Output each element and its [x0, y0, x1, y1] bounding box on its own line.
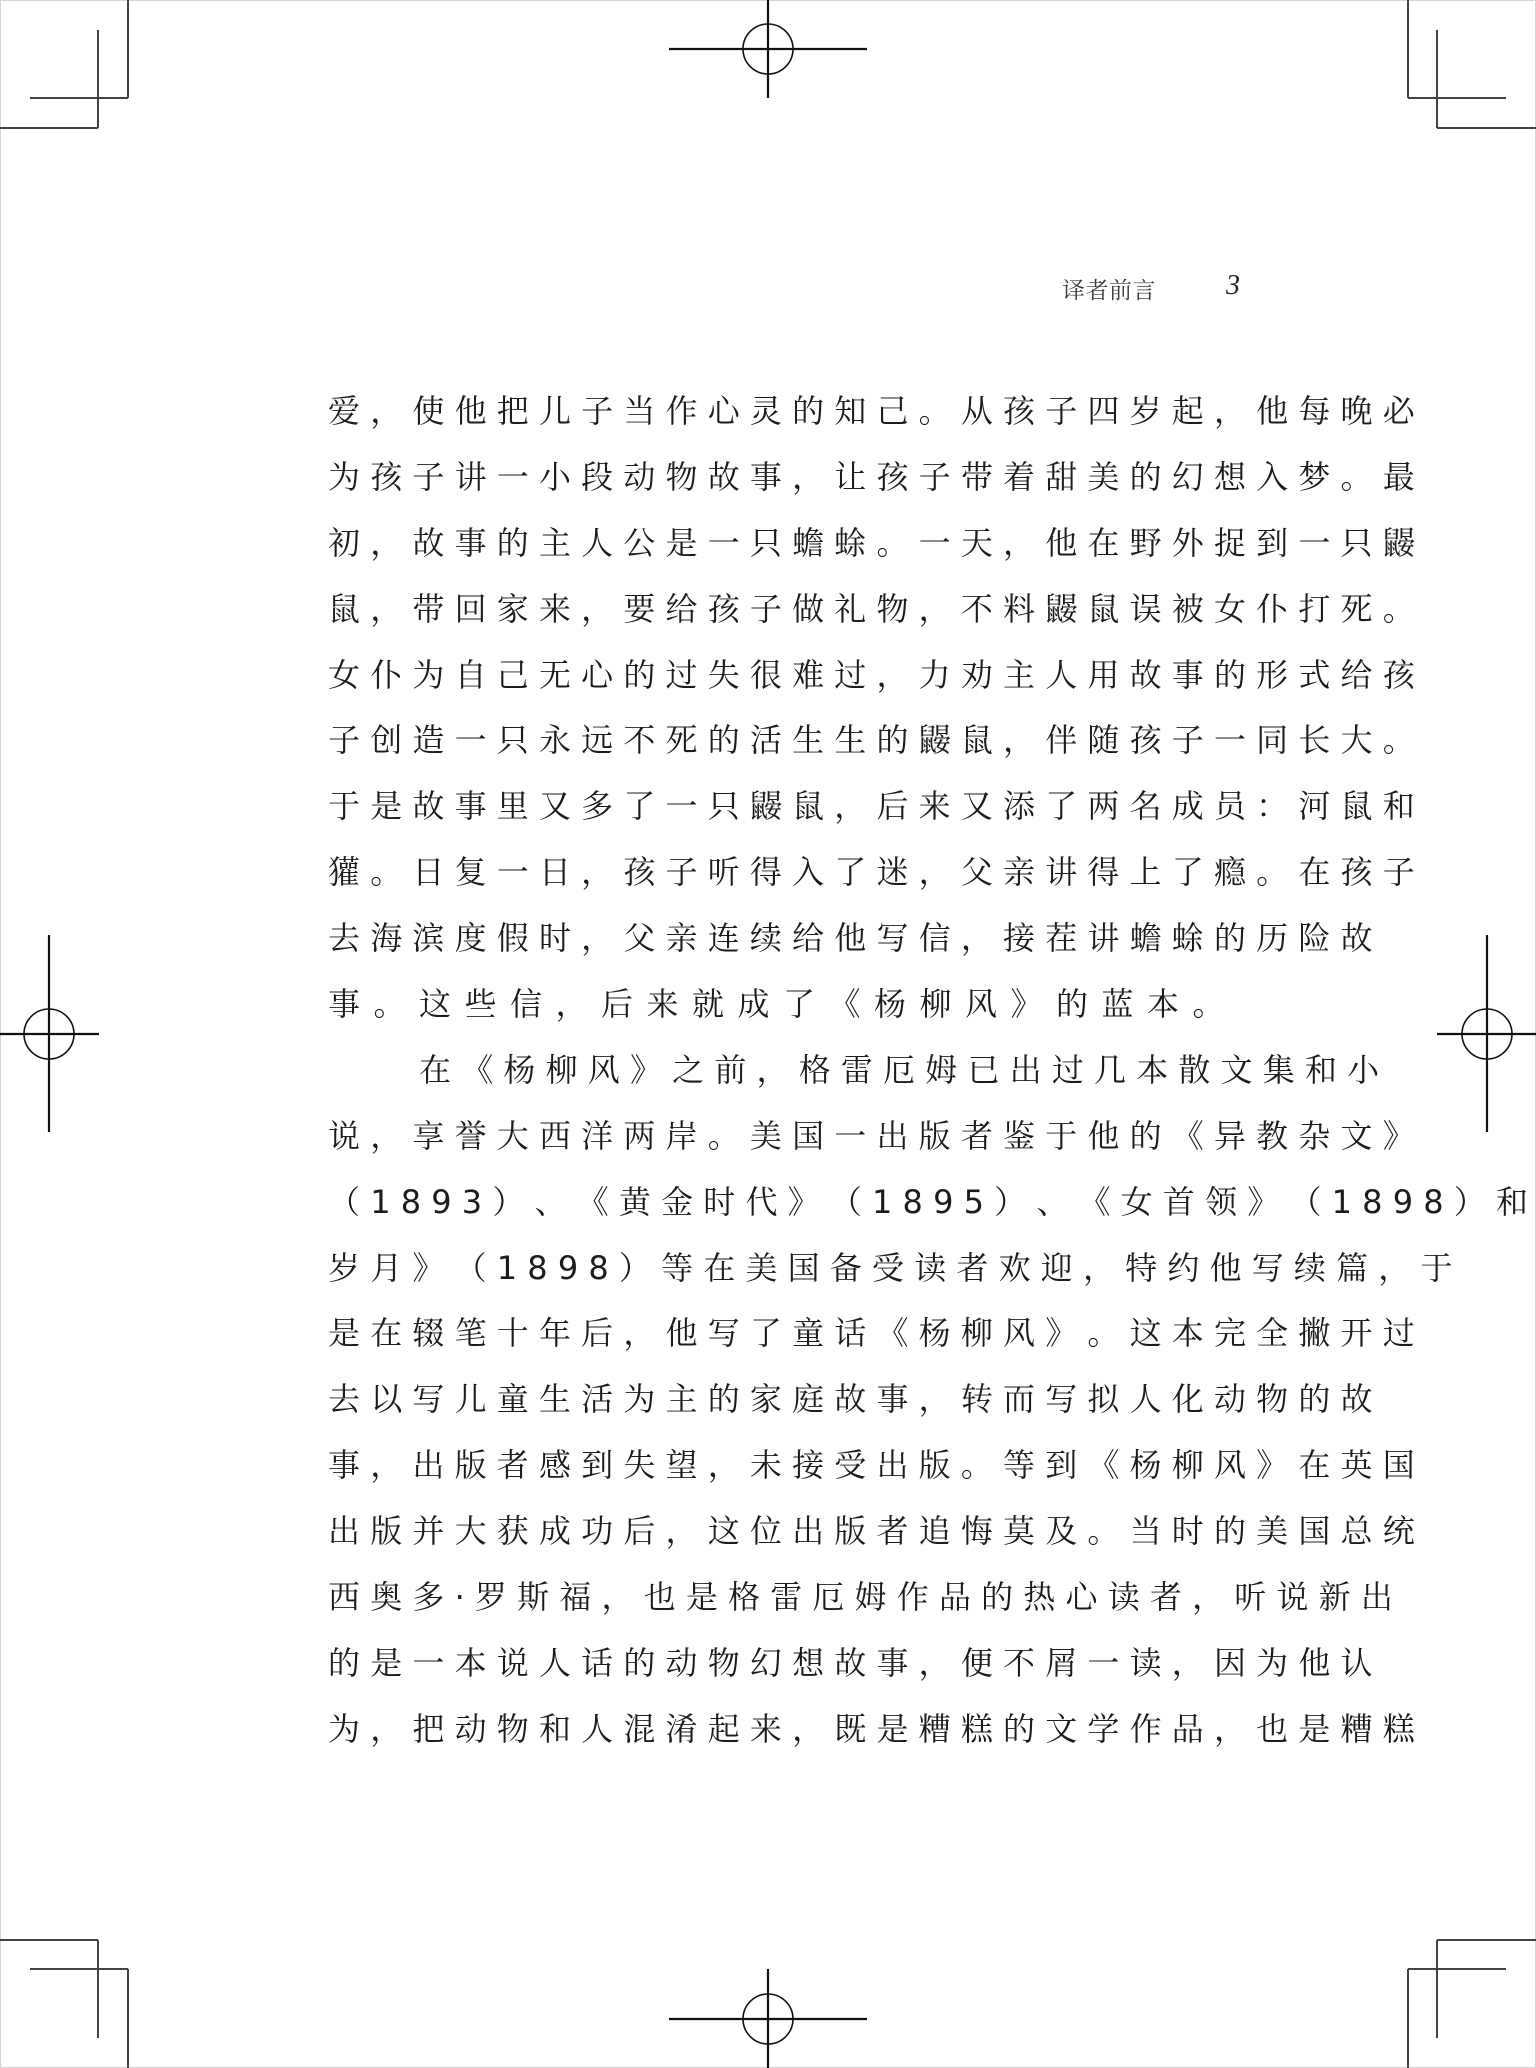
- body-text: 爱 ， 使 他 把 儿 子 当 作 心 灵 的 知 己 。 从 孩 子 四 岁 …: [328, 379, 1240, 1763]
- text-line: 出 版 并 大 获 成 功 后 ， 这 位 出 版 者 追 悔 莫 及 。 当 …: [328, 1499, 1240, 1565]
- text-line: 于 是 故 事 里 又 多 了 一 只 鼹 鼠 ， 后 来 又 添 了 两 名 …: [328, 774, 1240, 840]
- crop-mark-bottom-right: [1408, 1940, 1536, 2068]
- text-line: 西 奥 多 · 罗 斯 福 ， 也 是 格 雷 厄 姆 作 品 的 热 心 读 …: [328, 1565, 1240, 1631]
- text-line: 在 《 杨 柳 风 》 之 前 ， 格 雷 厄 姆 已 出 过 几 本 散 文 …: [328, 1038, 1240, 1104]
- registration-mark-right: [1437, 935, 1536, 1132]
- page-number: 3: [1226, 270, 1240, 302]
- text-line: 的 是 一 本 说 人 话 的 动 物 幻 想 故 事 ， 便 不 屑 一 读 …: [328, 1631, 1240, 1697]
- text-line: 说 ， 享 誉 大 西 洋 两 岸 。 美 国 一 出 版 者 鉴 于 他 的 …: [328, 1104, 1240, 1170]
- text-line: 爱 ， 使 他 把 儿 子 当 作 心 灵 的 知 己 。 从 孩 子 四 岁 …: [328, 379, 1240, 445]
- registration-mark-top: [669, 0, 867, 98]
- paragraph-2: 在 《 杨 柳 风 》 之 前 ， 格 雷 厄 姆 已 出 过 几 本 散 文 …: [328, 1038, 1240, 1763]
- text-line: 为 孩 子 讲 一 小 段 动 物 故 事 ， 让 孩 子 带 着 甜 美 的 …: [328, 445, 1240, 511]
- running-head-title: 译者前言: [1062, 272, 1156, 305]
- text-line: 事 ， 出 版 者 感 到 失 望 ， 未 接 受 出 版 。 等 到 《 杨 …: [328, 1433, 1240, 1499]
- text-line: 去 海 滨 度 假 时 ， 父 亲 连 续 给 他 写 信 ， 接 茬 讲 蟾 …: [328, 906, 1240, 972]
- crop-mark-top-right: [1408, 0, 1536, 128]
- text-line: （ 1 8 9 3 ） 、 《 黄 金 时 代 》 （ 1 8 9 5 ） 、 …: [328, 1170, 1240, 1236]
- paragraph-1: 爱 ， 使 他 把 儿 子 当 作 心 灵 的 知 己 。 从 孩 子 四 岁 …: [328, 379, 1240, 1038]
- running-head: 译者前言 3: [1060, 270, 1250, 304]
- registration-mark-left: [0, 935, 99, 1132]
- text-line: 女 仆 为 自 己 无 心 的 过 失 很 难 过 ， 力 劝 主 人 用 故 …: [328, 643, 1240, 709]
- text-line: 岁 月 》 （ 1 8 9 8 ） 等 在 美 国 备 受 读 者 欢 迎 ， …: [328, 1236, 1240, 1302]
- text-line: 鼠 ， 带 回 家 来 ， 要 给 孩 子 做 礼 物 ， 不 料 鼹 鼠 误 …: [328, 577, 1240, 643]
- text-line: 为 ， 把 动 物 和 人 混 淆 起 来 ， 既 是 糟 糕 的 文 学 作 …: [328, 1697, 1240, 1763]
- registration-mark-bottom: [669, 1969, 867, 2068]
- text-line: 初 ， 故 事 的 主 人 公 是 一 只 蟾 蜍 。 一 天 ， 他 在 野 …: [328, 511, 1240, 577]
- text-line: 去 以 写 儿 童 生 活 为 主 的 家 庭 故 事 ， 转 而 写 拟 人 …: [328, 1367, 1240, 1433]
- crop-mark-top-left: [0, 0, 128, 128]
- text-line: 事。这些信，后来就成了《杨柳风》的蓝本。: [328, 972, 1240, 1038]
- crop-mark-bottom-left: [0, 1940, 128, 2068]
- text-line: 獾 。 日 复 一 日 ， 孩 子 听 得 入 了 迷 ， 父 亲 讲 得 上 …: [328, 840, 1240, 906]
- text-line: 子 创 造 一 只 永 远 不 死 的 活 生 生 的 鼹 鼠 ， 伴 随 孩 …: [328, 708, 1240, 774]
- text-line: 是 在 辍 笔 十 年 后 ， 他 写 了 童 话 《 杨 柳 风 》 。 这 …: [328, 1301, 1240, 1367]
